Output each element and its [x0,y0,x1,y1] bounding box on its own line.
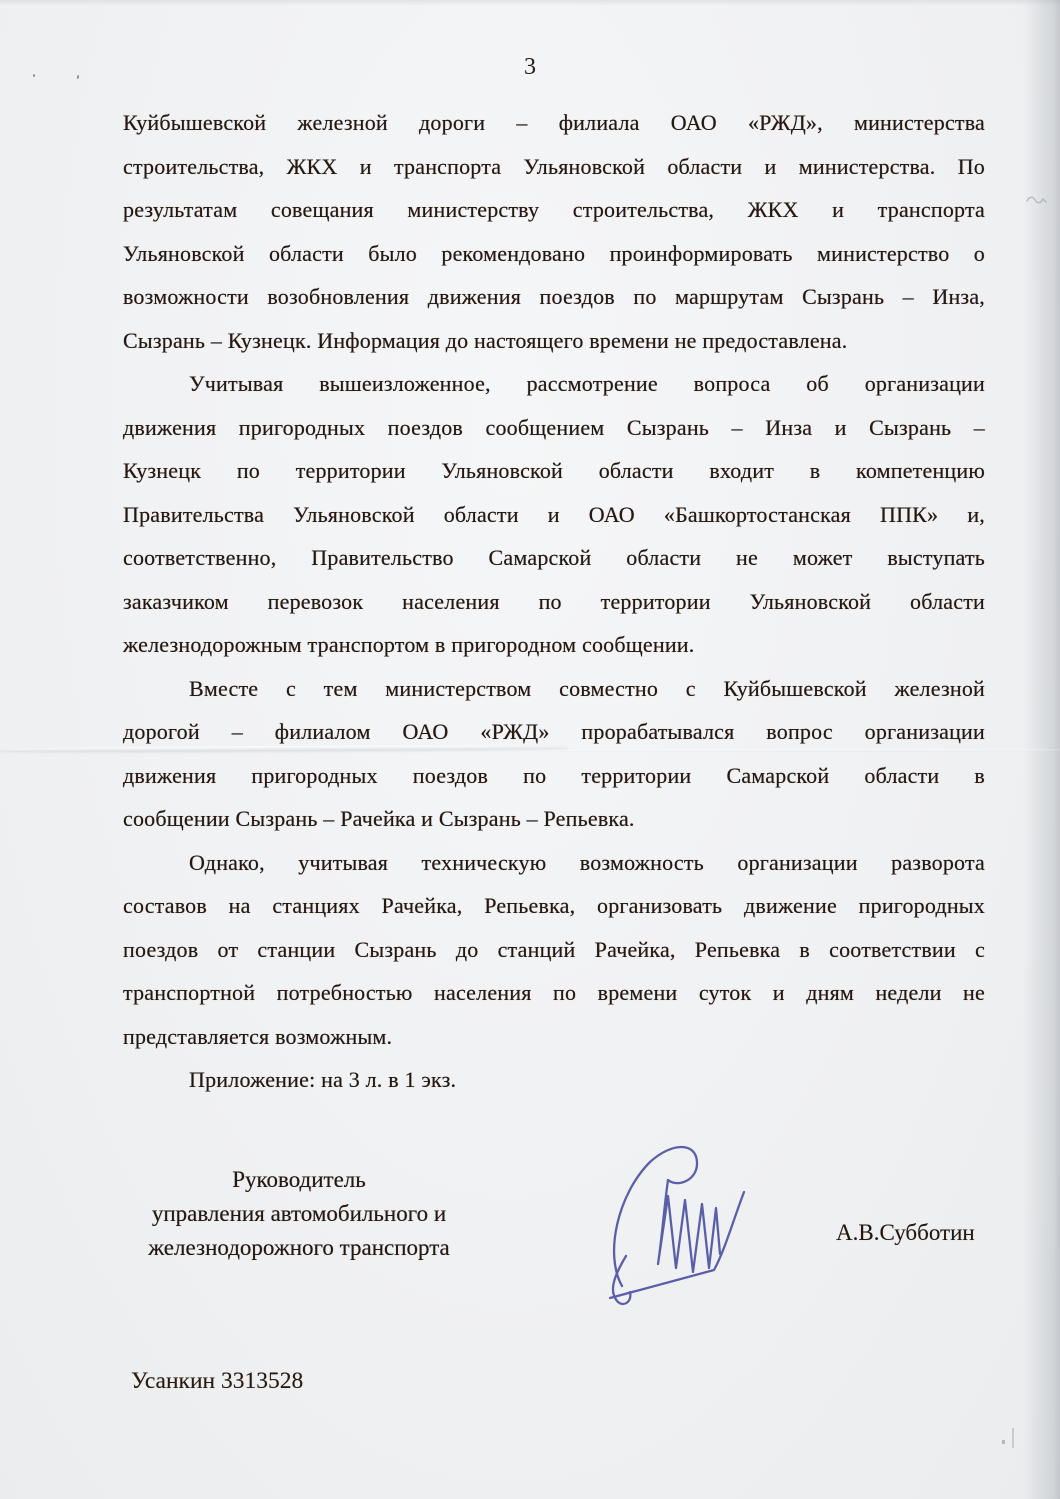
paragraph: Вместе с тем министерством совместно с К… [123,667,985,841]
signature-icon [592,1136,782,1311]
body-line: транспортной потребностью населения по в… [123,971,985,1015]
signer-name: А.В.Субботин [836,1220,1036,1246]
paragraph: Куйбышевской железной дороги – филиала О… [123,101,985,362]
signer-position-line: управления автомобильного и [128,1197,470,1231]
body-line: Правительства Ульяновской области и ОАО … [123,493,985,537]
signer-position-line: железнодорожного транспорта [128,1231,470,1265]
executor-contact: Усанкин 3313528 [131,1368,303,1395]
signer-position-block: Руководитель управления автомобильного и… [128,1163,470,1265]
body-line: сообщении Сызрань – Рачейка и Сызрань – … [123,797,985,841]
body-line: Сызрань – Кузнецк. Информация до настоящ… [123,319,985,363]
scan-squiggle-artifact [1026,193,1048,207]
body-line: движения пригородных поездов сообщением … [123,406,985,450]
body-line: заказчиком перевозок населения по террит… [123,580,985,624]
body-line: соответственно, Правительство Самарской … [123,536,985,580]
body-line: Однако, учитывая техническую возможность… [123,841,985,885]
body-line: поездов от станции Сызрань до станций Ра… [123,928,985,972]
signer-position-line: Руководитель [128,1163,470,1197]
attachment-line: Приложение: на 3 л. в 1 экз. [123,1058,985,1102]
body-line: Учитывая вышеизложенное, рассмотрение во… [123,362,985,406]
body-line: результатам совещания министерству строи… [123,188,985,232]
paragraph: Однако, учитывая техническую возможность… [123,841,985,1059]
body-line: представляется возможным. [123,1015,985,1059]
body-line: движения пригородных поездов по территор… [123,754,985,798]
body-line: составов на станциях Рачейка, Репьевка, … [123,884,985,928]
body-line: Вместе с тем министерством совместно с К… [123,667,985,711]
body-line: Ульяновской области было рекомендовано п… [123,232,985,276]
body-line: Кузнецк по территории Ульяновской област… [123,449,985,493]
page-number: 3 [0,54,1060,81]
body-line: Куйбышевской железной дороги – филиала О… [123,101,985,145]
paragraph: Учитывая вышеизложенное, рассмотрение во… [123,362,985,667]
letter-body: Куйбышевской железной дороги – филиала О… [123,101,985,1102]
body-line: возможности возобновления движения поезд… [123,275,985,319]
scan-speck [1002,1440,1005,1444]
body-line: строительства, ЖКХ и транспорта Ульяновс… [123,145,985,189]
scan-speck [1012,1428,1014,1448]
scan-speck [33,74,35,77]
body-line: железнодорожным транспортом в пригородно… [123,623,985,667]
scanned-letter-page: 3 Куйбышевской железной дороги – филиала… [0,0,1060,1499]
